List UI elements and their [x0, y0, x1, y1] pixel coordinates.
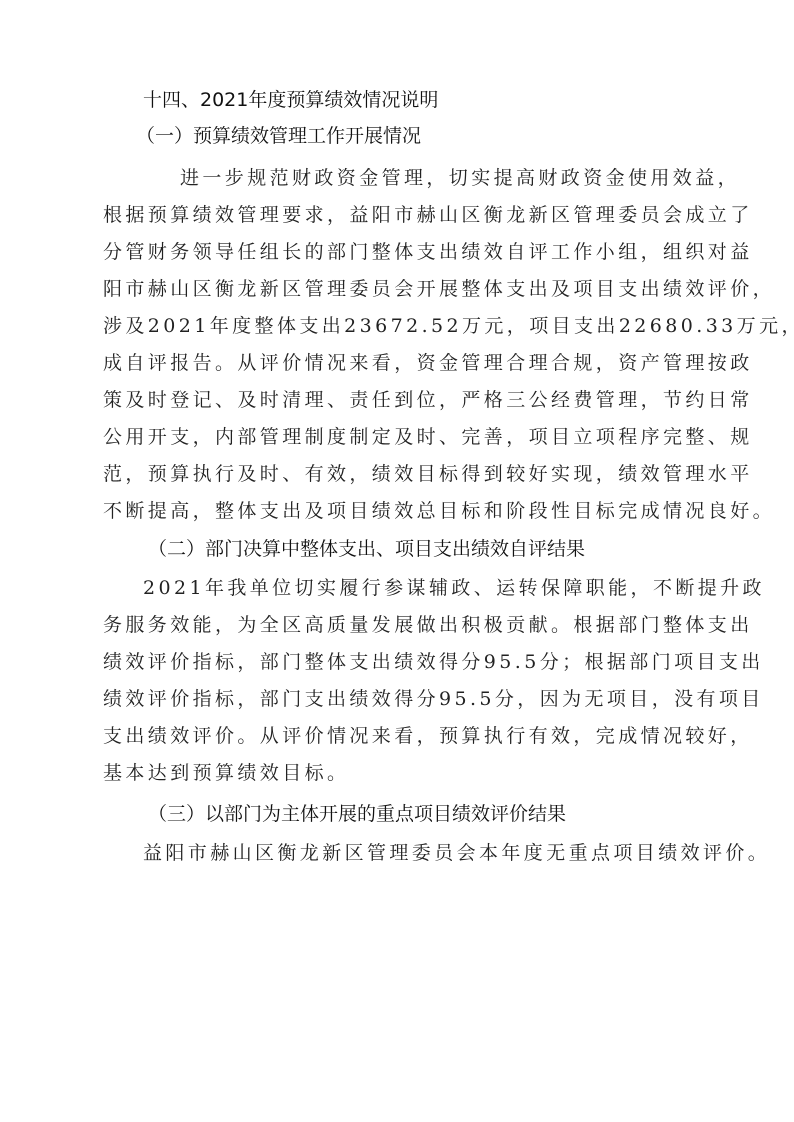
paragraph-line: 成自评报告。从评价情况来看，资金管理合理合规，资产管理按政 — [103, 351, 753, 375]
section-3-heading: （三）以部门为主体开展的重点项目绩效评价结果 — [148, 802, 566, 826]
paragraph-line: 范，预算执行及时、有效，绩效目标得到较好实现，绩效管理水平 — [103, 462, 753, 486]
document-title: 十四、2021年度预算绩效情况说明 — [143, 88, 438, 112]
paragraph-line: 绩效评价指标，部门整体支出绩效得分95.5分；根据部门项目支出 — [103, 650, 764, 674]
paragraph-line: 支出绩效评价。从评价情况来看，预算执行有效，完成情况较好， — [103, 724, 753, 748]
paragraph-line: 阳市赫山区衡龙新区管理委员会开展整体支出及项目支出绩效评价， — [103, 277, 775, 301]
section-1-heading: （一）预算绩效管理工作开展情况 — [136, 124, 421, 148]
paragraph-line: 2021年我单位切实履行参谋辅政、运转保障职能，不断提升政 — [143, 576, 765, 600]
paragraph-line: 进一步规范财政资金管理，切实提高财政资金使用效益， — [180, 166, 740, 190]
section-2-heading: （二）部门决算中整体支出、项目支出绩效自评结果 — [148, 537, 585, 561]
paragraph-line: 公用开支，内部管理制度制定及时、完善，项目立项程序完整、规 — [103, 425, 753, 449]
paragraph-line: 基本达到预算绩效目标。 — [103, 761, 349, 785]
paragraph-line: 涉及2021年度整体支出23672.52万元，项目支出22680.33万元，形 — [103, 314, 794, 338]
paragraph-line: 策及时登记、及时清理、责任到位，严格三公经费管理，节约日常 — [103, 388, 753, 412]
paragraph-line: 分管财务领导任组长的部门整体支出绩效自评工作小组，组织对益 — [103, 240, 753, 264]
paragraph-line: 根据预算绩效管理要求，益阳市赫山区衡龙新区管理委员会成立了 — [103, 203, 753, 227]
paragraph-line: 不断提高，整体支出及项目绩效总目标和阶段性目标完成情况良好。 — [103, 499, 775, 523]
paragraph-line: 益阳市赫山区衡龙新区管理委员会本年度无重点项目绩效评价。 — [143, 841, 770, 865]
paragraph-line: 务服务效能，为全区高质量发展做出积极贡献。根据部门整体支出 — [103, 613, 753, 637]
paragraph-line: 绩效评价指标，部门支出绩效得分95.5分，因为无项目，没有项目 — [103, 687, 764, 711]
